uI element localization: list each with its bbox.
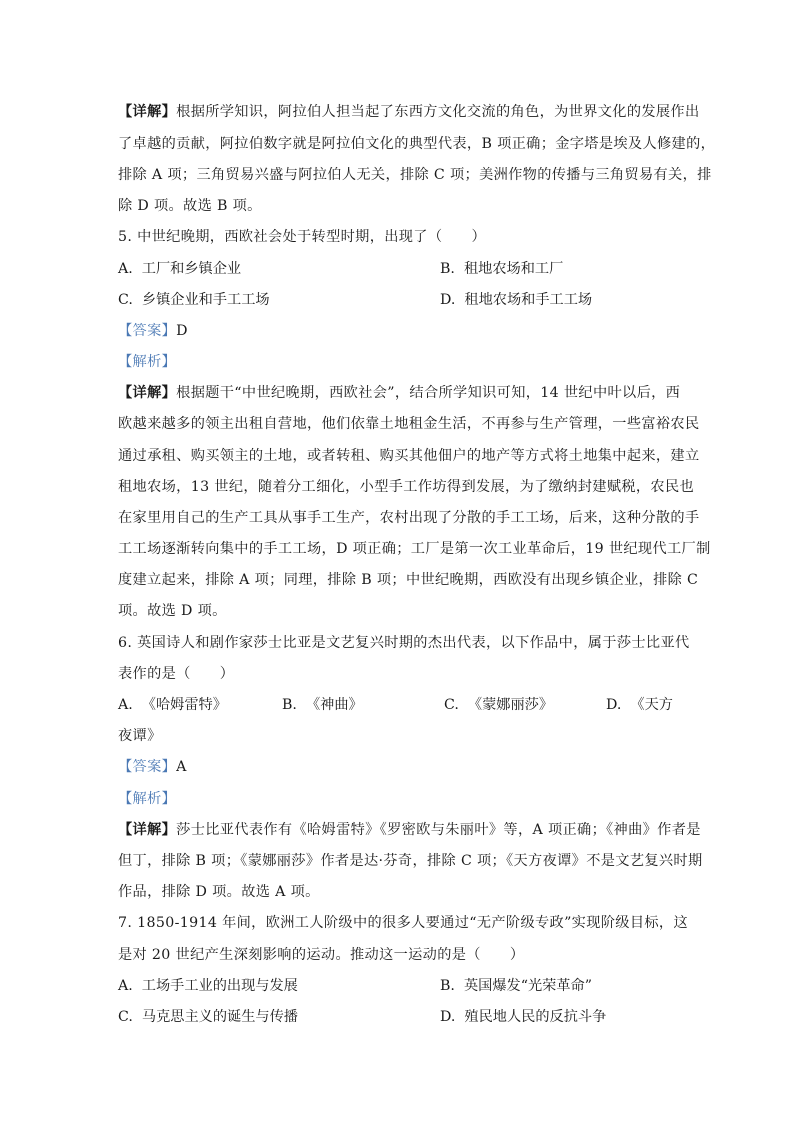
q5-stem: 5. 中世纪晚期，西欧社会处于转型时期，出现了（ ）	[118, 227, 486, 247]
q5-detail-line-7: 度建立起来，排除 A 项；同理，排除 B 项；中世纪晚期，西欧没有出现乡镇企业，…	[118, 570, 698, 590]
q5-option-b: B. 租地农场和工厂	[440, 259, 563, 279]
q5-option-d: D. 租地农场和手工工场	[440, 290, 592, 310]
q6-analysis-label: 【解析】	[118, 789, 176, 809]
detail-label: 【详解】	[118, 104, 176, 120]
q7-stem-line-2: 是对 20 世纪产生深刻影响的运动。推动这一运动的是（ ）	[118, 945, 524, 965]
q5-answer: 【答案】D	[118, 321, 188, 341]
q6-option-a: A. 《哈姆雷特》	[118, 695, 227, 715]
answer-label: 【答案】	[118, 323, 176, 339]
q5-analysis-label: 【解析】	[118, 352, 176, 372]
q6-detail-line-3: 作品，排除 D 项。故选 A 项。	[118, 882, 320, 902]
q6-stem-line-1: 6. 英国诗人和剧作家莎士比亚是文艺复兴时期的杰出代表，以下作品中，属于莎士比亚…	[118, 633, 690, 653]
q7-option-d: D. 殖民地人民的反抗斗争	[440, 1007, 606, 1027]
q5-detail-line-2: 欧越来越多的领主出租自营地，他们依靠土地租金生活，不再参与生产管理，一些富裕农民	[118, 414, 700, 434]
q5-detail-line-8: 项。故选 D 项。	[118, 601, 227, 621]
q6-detail-line-2: 但丁，排除 B 项；《蒙娜丽莎》作者是达·芬奇，排除 C 项；《天方夜谭》不是文…	[118, 851, 703, 871]
q6-stem-line-2: 表作的是（ ）	[118, 664, 234, 684]
q5-detail-line-1: 【详解】根据题干“中世纪晚期，西欧社会”，结合所学知识可知，14 世纪中叶以后，…	[118, 383, 680, 403]
q5-detail-line-6: 工工场逐渐转向集中的手工工场，D 项正确；工厂是第一次工业革命后，19 世纪现代…	[118, 539, 711, 559]
prev-detail-line-2: 了卓越的贡献，阿拉伯数字就是阿拉伯文化的典型代表，B 项正确；金字塔是埃及人修建…	[118, 134, 715, 154]
q7-option-b: B. 英国爆发“光荣革命”	[440, 976, 592, 996]
q6-answer: 【答案】A	[118, 757, 187, 777]
answer-label: 【答案】	[118, 759, 176, 775]
q6-detail-line-1: 【详解】莎士比亚代表作有《哈姆雷特》《罗密欧与朱丽叶》等，A 项正确；《神曲》作…	[118, 820, 701, 840]
q6-option-c: C. 《蒙娜丽莎》	[444, 695, 553, 715]
prev-detail-line-1: 【详解】根据所学知识，阿拉伯人担当起了东西方文化交流的角色，为世界文化的发展作出	[118, 102, 700, 122]
q6-option-d-wrap: 夜谭》	[118, 726, 162, 746]
q6-option-d: D. 《天方	[606, 695, 673, 715]
prev-detail-line-3: 排除 A 项；三角贸易兴盛与阿拉伯人无关，排除 C 项；美洲作物的传播与三角贸易…	[118, 165, 712, 185]
q5-detail-line-5: 在家里用自己的生产工具从事手工生产，农村出现了分散的手工工场，后来，这种分散的手	[118, 508, 700, 528]
q5-detail-line-3: 通过承租、购买领主的土地，或者转租、购买其他佃户的地产等方式将土地集中起来，建立	[118, 446, 700, 466]
q7-stem-line-1: 7. 1850-1914 年间，欧洲工人阶级中的很多人要通过“无产阶级专政”实现…	[118, 913, 688, 933]
q6-option-b: B. 《神曲》	[282, 695, 363, 715]
q7-option-a: A. 工场手工业的出现与发展	[118, 976, 298, 996]
q5-detail-line-4: 租地农场，13 世纪，随着分工细化，小型手工作坊得到发展，为了缴纳封建赋税，农民…	[118, 477, 694, 497]
q7-option-c: C. 马克思主义的诞生与传播	[118, 1007, 298, 1027]
q5-option-a: A. 工厂和乡镇企业	[118, 259, 241, 279]
prev-detail-line-4: 除 D 项。故选 B 项。	[118, 196, 262, 216]
q5-option-c: C. 乡镇企业和手工工场	[118, 290, 270, 310]
